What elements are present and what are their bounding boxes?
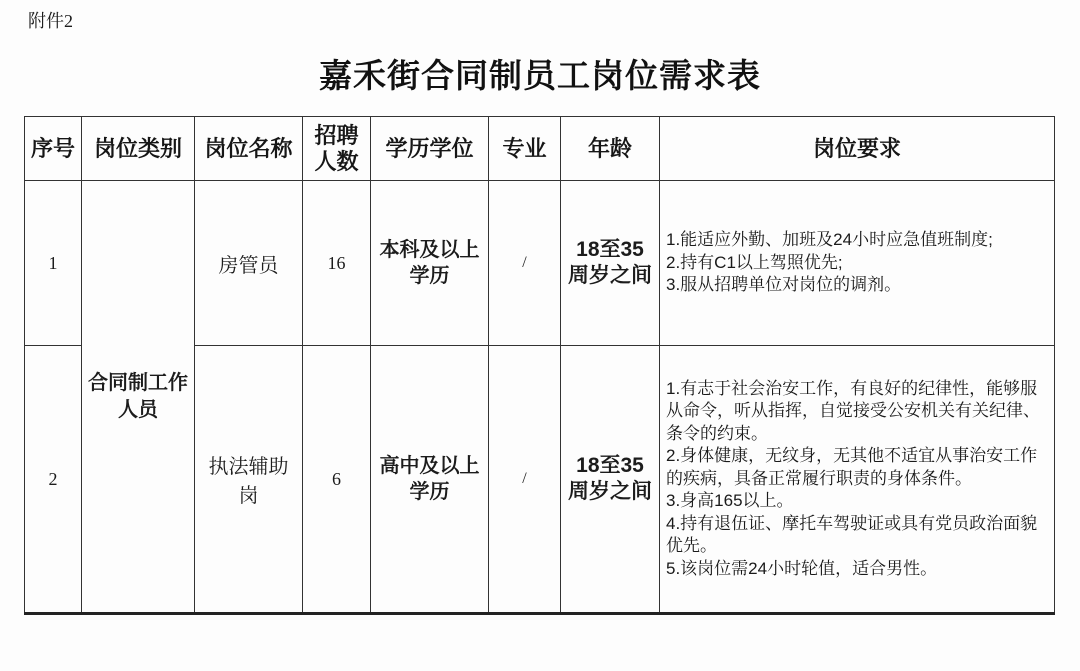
page-title: 嘉禾街合同制员工岗位需求表 bbox=[0, 50, 1080, 97]
attachment-label: 附件2 bbox=[28, 7, 73, 33]
table-row-1: 1 合同制工作 人员 房管员 16 本科及以上 学历 / 18至35 周岁之间 … bbox=[25, 181, 1055, 346]
cell-education-1: 本科及以上 学历 bbox=[371, 181, 489, 346]
cell-headcount-1: 16 bbox=[303, 181, 371, 346]
cell-major-2: / bbox=[489, 346, 561, 614]
cell-index-2: 2 bbox=[25, 346, 82, 614]
cell-requirements-2: 1.有志于社会治安工作，有良好的纪律性，能够服从命令，听从指挥，自觉接受公安机关… bbox=[660, 346, 1055, 614]
col-header-index: 序号 bbox=[25, 117, 82, 181]
col-header-requirements: 岗位要求 bbox=[660, 117, 1055, 181]
cell-category-merged: 合同制工作 人员 bbox=[82, 181, 195, 614]
cell-requirements-1: 1.能适应外勤、加班及24小时应急值班制度; 2.持有C1以上驾照优先; 3.服… bbox=[660, 181, 1055, 346]
cell-age-1: 18至35 周岁之间 bbox=[561, 181, 660, 346]
job-requirements-table: 序号 岗位类别 岗位名称 招聘 人数 学历学位 专业 年龄 岗位要求 1 合同制… bbox=[24, 116, 1055, 615]
cell-education-2: 高中及以上 学历 bbox=[371, 346, 489, 614]
cell-headcount-2: 6 bbox=[303, 346, 371, 614]
header-row: 序号 岗位类别 岗位名称 招聘 人数 学历学位 专业 年龄 岗位要求 bbox=[25, 117, 1055, 181]
col-header-education: 学历学位 bbox=[371, 117, 489, 181]
col-header-headcount: 招聘 人数 bbox=[303, 117, 371, 181]
cell-position-2: 执法辅助岗 bbox=[195, 346, 303, 614]
col-header-category: 岗位类别 bbox=[82, 117, 195, 181]
col-header-age: 年龄 bbox=[561, 117, 660, 181]
document-page: 附件2 嘉禾街合同制员工岗位需求表 序号 岗位类别 岗位名称 招聘 人数 学历学… bbox=[0, 0, 1080, 671]
cell-index-1: 1 bbox=[25, 181, 82, 346]
cell-age-2: 18至35 周岁之间 bbox=[561, 346, 660, 614]
cell-position-1: 房管员 bbox=[195, 181, 303, 346]
cell-major-1: / bbox=[489, 181, 561, 346]
col-header-major: 专业 bbox=[489, 117, 561, 181]
col-header-position: 岗位名称 bbox=[195, 117, 303, 181]
